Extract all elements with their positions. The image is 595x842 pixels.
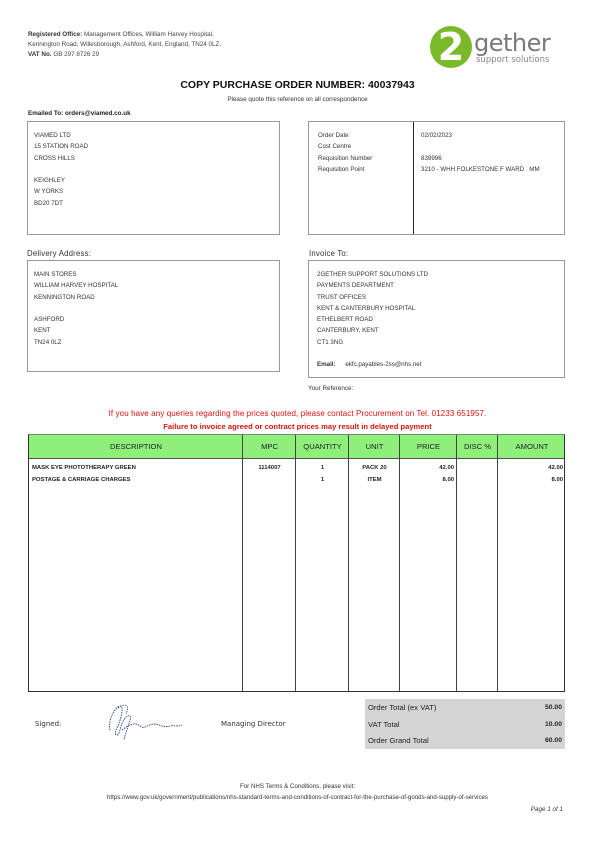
delivery-address-line: ASHFORD (34, 314, 273, 325)
total-value: 10.00 (545, 717, 562, 733)
emailed-to: Emailed To: orders@viamed.co.uk (28, 110, 131, 117)
supplier-address-line: CROSS HILLS (34, 153, 273, 164)
cell-quantity: 1 (299, 462, 346, 474)
invoice-address-line: ETHELBERT ROAD (317, 314, 556, 325)
column-header-amount: AMOUNT (498, 435, 566, 458)
invoice-email-link[interactable]: ekfc.payables-2ss@nhs.net (345, 361, 421, 368)
invoice-to-label: Invoice To: (309, 249, 348, 258)
signed-label: Signed: (35, 720, 61, 728)
page-number: Page 1 of 1 (531, 806, 563, 813)
delivery-address-line (34, 303, 273, 314)
order-info-divider (413, 122, 414, 234)
logo-tagline: support solutions (476, 55, 549, 65)
table-row: MASK EYE PHOTOTHERAPY GREEN11140071PACK … (29, 462, 564, 474)
invoice-address-line: TRUST OFFICES (317, 292, 556, 303)
total-row: VAT Total10.00 (365, 717, 565, 733)
supplier-address-line: VIAMED LTD (34, 130, 273, 141)
order-info-labels: Order DateCost CentreRequisition NumberR… (318, 130, 372, 175)
column-header-description: DESCRIPTION (29, 435, 243, 458)
page-subtitle: Please quote this reference on all corre… (0, 96, 595, 103)
order-info-label: Cost Centre (318, 141, 372, 152)
terms-notice: For NHS Terms & Conditions, please visit… (0, 783, 595, 790)
cell-quantity: 1 (299, 474, 346, 486)
supplier-address-line: BD20 7DT (34, 198, 273, 209)
company-logo: 2 gether support solutions (428, 26, 568, 70)
order-info-values: 02/02/2023 8399963210 - WHH FOLKESTONE F… (421, 130, 540, 175)
column-header-price: PRICE (400, 435, 457, 458)
column-header-disc: DISC % (457, 435, 498, 458)
total-value: 50.00 (545, 700, 562, 716)
your-reference: Your Reference: (308, 385, 353, 392)
logo-circle-icon: 2 (430, 26, 472, 68)
signatory-role: Managing Director (221, 720, 286, 728)
order-info-label: Requisition Point (318, 164, 372, 175)
cell-description: MASK EYE PHOTOTHERAPY GREEN (32, 462, 240, 474)
order-items-table: DESCRIPTIONMPCQUANTITYUNITPRICEDISC %AMO… (28, 434, 565, 692)
vat-number: GB 297 8726 29 (53, 51, 99, 58)
invoice-email-row: Email: ekfc.payables-2ss@nhs.net (317, 359, 556, 370)
invoice-address-line: CT1 3NG (317, 337, 556, 348)
delivery-address-line: KENNINGTON ROAD (34, 292, 273, 303)
delivery-address-line: KENT (34, 325, 273, 336)
order-info-box: Order DateCost CentreRequisition NumberR… (308, 121, 565, 235)
logo-wordmark: gether (474, 31, 550, 55)
cell-price: 42.00 (403, 462, 454, 474)
total-label: Order Grand Total (368, 733, 429, 749)
invoice-address-line: PAYMENTS DEPARTMENT (317, 280, 556, 291)
invoice-address-line: 2GETHER SUPPORT SOLUTIONS LTD (317, 269, 556, 280)
supplier-address-line (34, 164, 273, 175)
invoice-to-box: 2GETHER SUPPORT SOLUTIONS LTDPAYMENTS DE… (308, 260, 565, 378)
invoice-warning: Failure to invoice agreed or contract pr… (0, 422, 595, 431)
invoice-address-line: KENT & CANTERBURY HOSPITAL (317, 303, 556, 314)
order-info-value (421, 141, 540, 152)
registered-office-label: Registered Office: (28, 31, 82, 38)
total-row: Order Total (ex VAT)50.00 (365, 700, 565, 716)
total-label: VAT Total (368, 717, 400, 733)
signature-image (100, 700, 190, 745)
total-label: Order Total (ex VAT) (368, 700, 436, 716)
vat-label: VAT No. (28, 51, 52, 58)
cell-mpc: 1114007 (246, 462, 293, 474)
table-row: POSTAGE & CARRIAGE CHARGES1ITEM8.008.00 (29, 474, 564, 486)
supplier-address-box: VIAMED LTD15 STATION ROADCROSS HILLS KEI… (27, 121, 280, 235)
order-info-label: Requisition Number (318, 153, 372, 164)
delivery-address-line: TN24 0LZ (34, 337, 273, 348)
supplier-address-line: W YORKS (34, 186, 273, 197)
total-row: Order Grand Total60.00 (365, 733, 565, 749)
column-header-unit: UNIT (349, 435, 400, 458)
order-info-label: Order Date (318, 130, 372, 141)
order-totals: Order Total (ex VAT)50.00VAT Total10.00O… (365, 699, 565, 749)
order-info-value: 839996 (421, 153, 540, 164)
invoice-email-label: Email: (317, 361, 336, 368)
delivery-address-line: MAIN STORES (34, 269, 273, 280)
delivery-address-line: WILLIAM HARVEY HOSPITAL (34, 280, 273, 291)
column-header-quantity: QUANTITY (296, 435, 349, 458)
supplier-address-line: KEIGHLEY (34, 175, 273, 186)
registered-office: Registered Office: Management Offices, W… (28, 30, 221, 60)
delivery-address-box: MAIN STORESWILLIAM HARVEY HOSPITALKENNIN… (27, 260, 280, 372)
page-title: COPY PURCHASE ORDER NUMBER: 40037943 (0, 79, 595, 91)
invoice-address-lines: 2GETHER SUPPORT SOLUTIONS LTDPAYMENTS DE… (317, 269, 556, 348)
registered-office-line2: Kennington Road, Willesborough, Ashford,… (28, 40, 221, 50)
registered-office-line1: Management Offices, William Harvey Hospi… (84, 31, 214, 38)
cell-description: POSTAGE & CARRIAGE CHARGES (32, 474, 240, 486)
supplier-address-line: 15 STATION ROAD (34, 141, 273, 152)
cell-unit: PACK 20 (352, 462, 397, 474)
cell-unit: ITEM (352, 474, 397, 486)
price-query-notice: If you have any queries regarding the pr… (0, 409, 595, 418)
order-info-value: 02/02/2023 (421, 130, 540, 141)
terms-link[interactable]: https://www.gov.uk/government/publicatio… (0, 794, 595, 801)
invoice-address-line: CANTERBURY, KENT (317, 325, 556, 336)
cell-amount: 8.00 (501, 474, 563, 486)
order-info-value: 3210 - WHH FOLKESTONE F WARD MM (421, 164, 540, 175)
column-header-mpc: MPC (243, 435, 296, 458)
total-value: 60.00 (545, 733, 562, 749)
cell-amount: 42.00 (501, 462, 563, 474)
delivery-address-label: Delivery Address: (27, 249, 91, 258)
cell-price: 8.00 (403, 474, 454, 486)
